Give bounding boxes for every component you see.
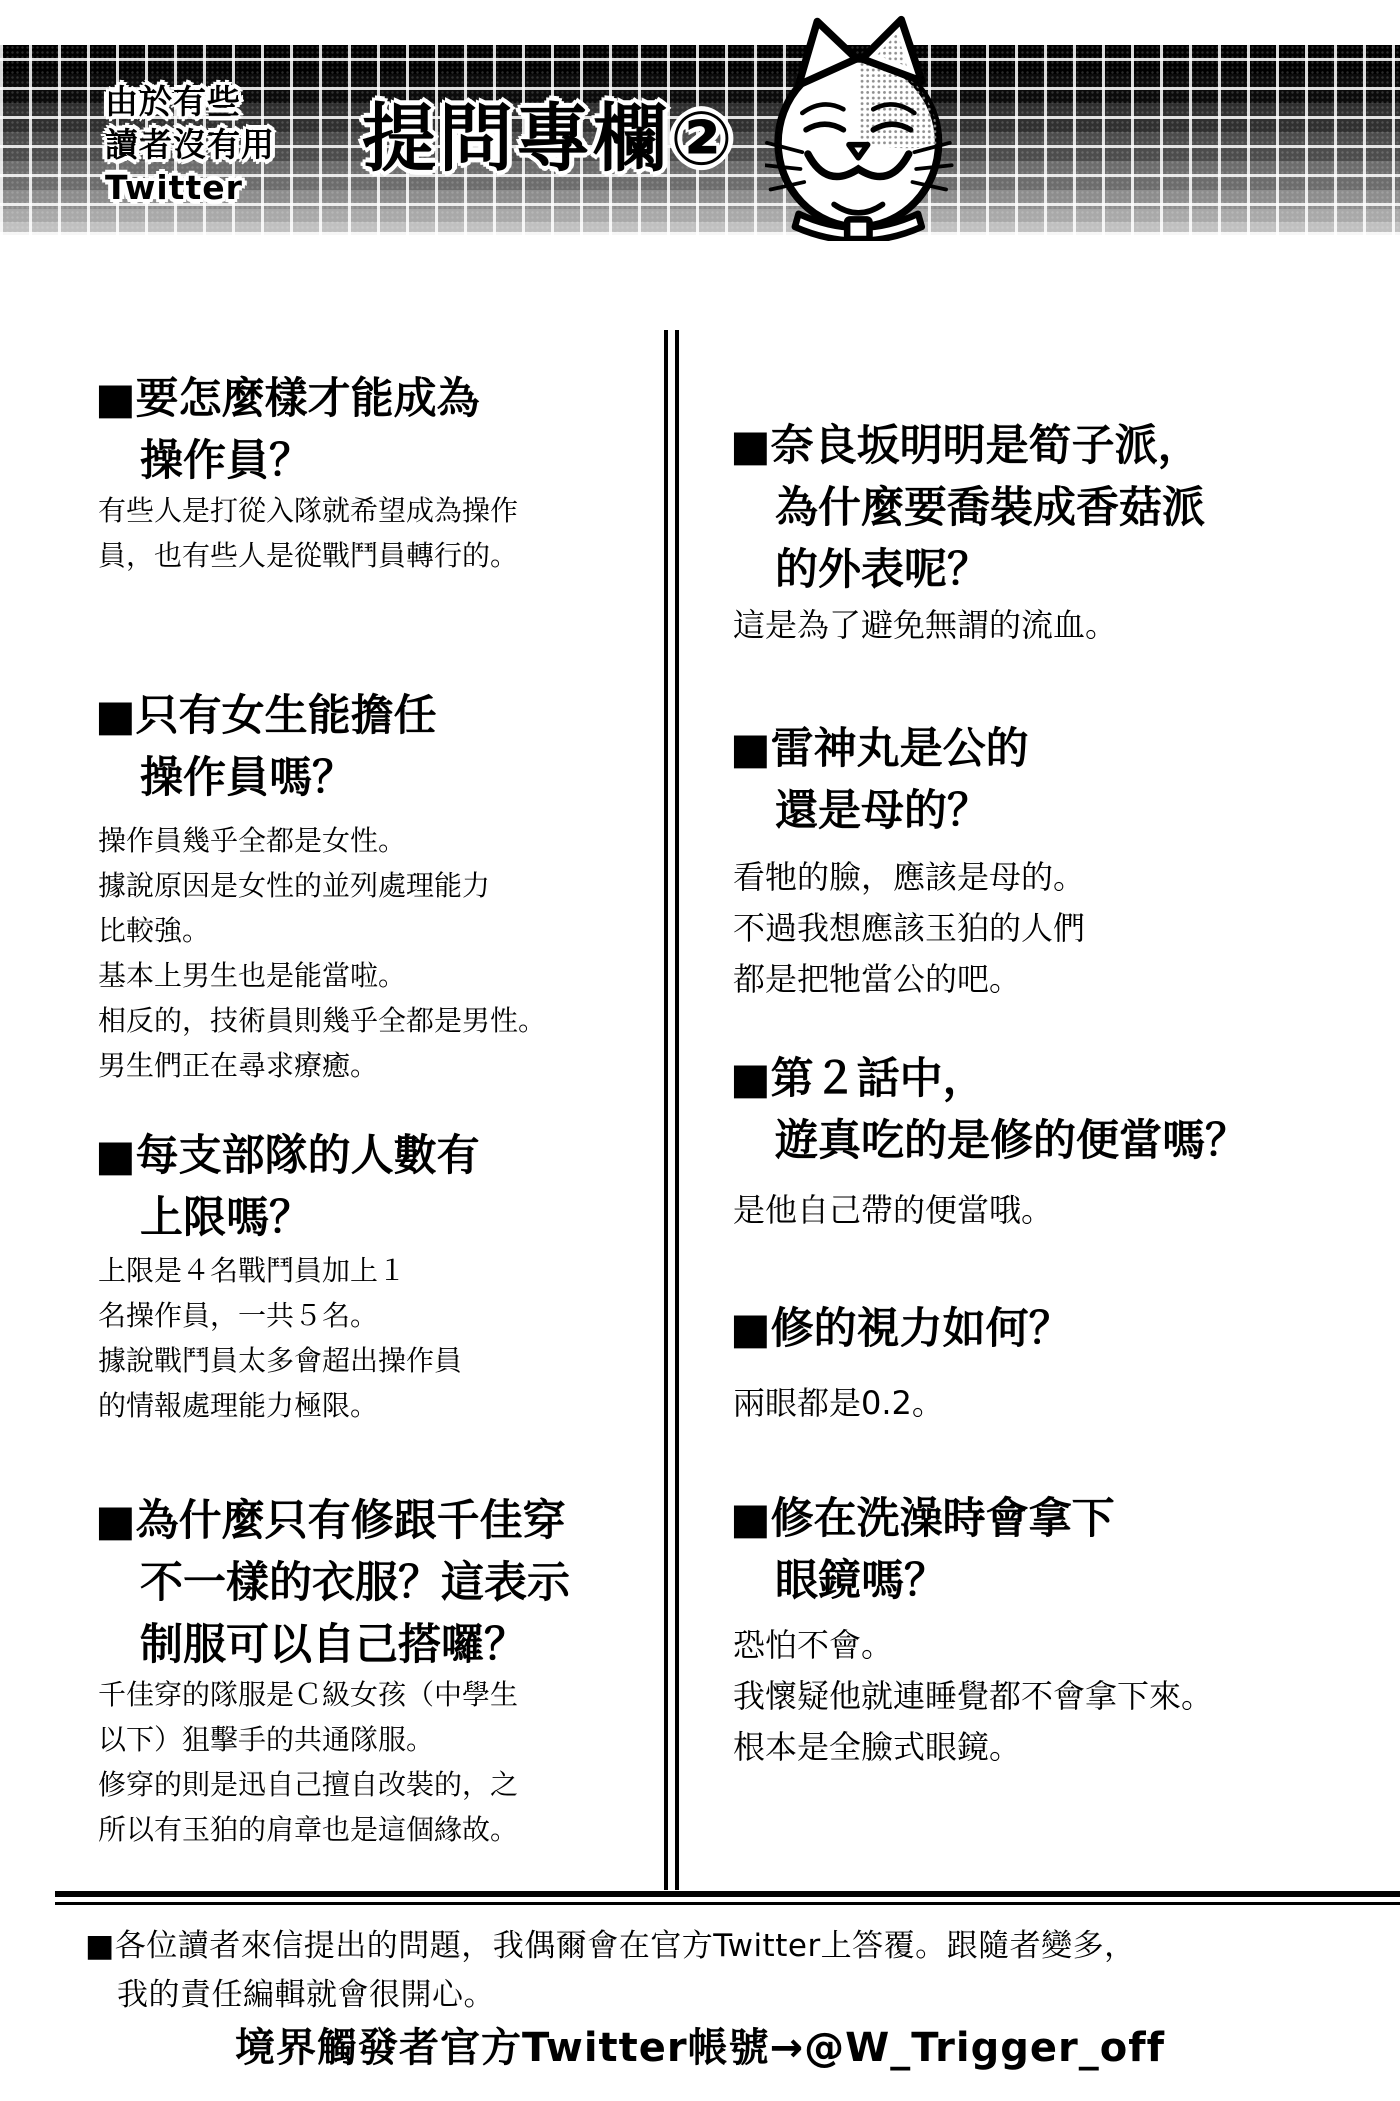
answer-line: 以下）狙擊手的共通隊服。 xyxy=(98,1717,518,1762)
answer-line: 這是為了避免無謂的流血。 xyxy=(733,600,1117,651)
answer-text: 兩眼都是0.2。 xyxy=(733,1378,944,1429)
question-heading: ■每支部隊的人數有上限嗎？ xyxy=(95,1125,480,1249)
answer-line: 比較強。 xyxy=(98,908,546,953)
header-note-line: 讀者沒有用 xyxy=(105,123,275,166)
answer-text: 看牠的臉，應該是母的。不過我想應該玉狛的人們都是把牠當公的吧。 xyxy=(733,852,1085,1005)
manga-page: 由於有些讀者沒有用Twitter 提問專欄② ■要怎麼樣才能成為操作員？ 有些人… xyxy=(0,0,1400,2101)
answer-line: 的情報處理能力極限。 xyxy=(98,1383,462,1428)
answer-line: 千佳穿的隊服是Ｃ級女孩（中學生 xyxy=(98,1672,518,1717)
question-line: ■只有女生能擔任 xyxy=(95,685,437,747)
answer-text: 千佳穿的隊服是Ｃ級女孩（中學生以下）狙擊手的共通隊服。修穿的則是迅自己擅自改裝的… xyxy=(98,1672,518,1852)
answer-line: 基本上男生也是能當啦。 xyxy=(98,953,546,998)
answer-text: 這是為了避免無謂的流血。 xyxy=(733,600,1117,651)
answer-line: 我懷疑他就連睡覺都不會拿下來。 xyxy=(733,1671,1213,1722)
footer-note-line: 我的責任編輯就會很開心。 xyxy=(117,1971,1136,2020)
header-note-line: 由於有些 xyxy=(105,80,275,123)
answer-line: 操作員幾乎全都是女性。 xyxy=(98,818,546,863)
question-heading: ■只有女生能擔任操作員嗎？ xyxy=(95,685,437,809)
answer-line: 兩眼都是0.2。 xyxy=(733,1378,944,1429)
question-line: ■雷神丸是公的 xyxy=(730,718,1029,780)
twitter-handle-line: 境界觸發者官方Twitter帳號→@W_Trigger_off xyxy=(0,2016,1400,2073)
question-line: ■為什麼只有修跟千佳穿 xyxy=(95,1490,570,1552)
answer-line: 是他自己帶的便當哦。 xyxy=(733,1185,1053,1236)
answer-text: 有些人是打從入隊就希望成為操作員，也有些人是從戰鬥員轉行的。 xyxy=(98,488,518,578)
header-note: 由於有些讀者沒有用Twitter xyxy=(105,80,275,209)
answer-text: 恐怕不會。我懷疑他就連睡覺都不會拿下來。根本是全臉式眼鏡。 xyxy=(733,1620,1213,1773)
question-line: 上限嗎？ xyxy=(140,1187,480,1249)
page-title: 提問專欄② xyxy=(362,94,736,184)
answer-line: 名操作員，一共５名。 xyxy=(98,1293,462,1338)
answer-line: 有些人是打從入隊就希望成為操作 xyxy=(98,488,518,533)
answer-text: 上限是４名戰鬥員加上１名操作員，一共５名。據說戰鬥員太多會超出操作員的情報處理能… xyxy=(98,1248,462,1428)
question-heading: ■第２話中，遊真吃的是修的便當嗎？ xyxy=(730,1048,1248,1172)
question-heading: ■修的視力如何？ xyxy=(730,1298,1072,1360)
column-divider xyxy=(664,330,679,1890)
question-line: ■修的視力如何？ xyxy=(730,1298,1072,1360)
answer-line: 不過我想應該玉狛的人們 xyxy=(733,903,1085,954)
footer-note: ■各位讀者來信提出的問題，我偶爾會在官方Twitter上答覆。跟隨者變多，我的責… xyxy=(85,1922,1136,2020)
answer-line: 相反的，技術員則幾乎全都是男性。 xyxy=(98,998,546,1043)
question-line: ■修在洗澡時會拿下 xyxy=(730,1488,1115,1550)
answer-line: 根本是全臉式眼鏡。 xyxy=(733,1722,1213,1773)
answer-line: 修穿的則是迅自己擅自改裝的，之 xyxy=(98,1762,518,1807)
question-heading: ■雷神丸是公的還是母的？ xyxy=(730,718,1029,842)
question-line: 還是母的？ xyxy=(775,780,1029,842)
answer-line: 男生們正在尋求療癒。 xyxy=(98,1043,546,1088)
question-line: ■奈良坂明明是筍子派， xyxy=(730,415,1205,477)
question-line: ■要怎麼樣才能成為 xyxy=(95,368,480,430)
question-heading: ■修在洗澡時會拿下眼鏡嗎？ xyxy=(730,1488,1115,1612)
question-heading: ■奈良坂明明是筍子派，為什麼要喬裝成香菇派的外表呢？ xyxy=(730,415,1205,601)
footer-note-line: ■各位讀者來信提出的問題，我偶爾會在官方Twitter上答覆。跟隨者變多， xyxy=(85,1922,1136,1971)
footer-rule xyxy=(55,1891,1400,1905)
question-line: ■每支部隊的人數有 xyxy=(95,1125,480,1187)
question-line: 操作員？ xyxy=(140,430,480,492)
question-heading: ■要怎麼樣才能成為操作員？ xyxy=(95,368,480,492)
question-line: 操作員嗎？ xyxy=(140,747,437,809)
question-line: 眼鏡嗎？ xyxy=(775,1550,1115,1612)
question-line: 遊真吃的是修的便當嗎？ xyxy=(775,1110,1248,1172)
question-line: ■第２話中， xyxy=(730,1048,1248,1110)
answer-line: 都是把牠當公的吧。 xyxy=(733,954,1085,1005)
answer-line: 員，也有些人是從戰鬥員轉行的。 xyxy=(98,533,518,578)
answer-text: 操作員幾乎全都是女性。據說原因是女性的並列處理能力比較強。基本上男生也是能當啦。… xyxy=(98,818,546,1088)
question-line: 制服可以自己搭囉？ xyxy=(140,1614,570,1676)
answer-line: 看牠的臉，應該是母的。 xyxy=(733,852,1085,903)
question-line: 的外表呢？ xyxy=(775,539,1205,601)
cat-mascot-icon xyxy=(765,12,961,241)
question-line: 為什麼要喬裝成香菇派 xyxy=(775,477,1205,539)
question-line: 不一樣的衣服？這表示 xyxy=(140,1552,570,1614)
header-note-line: Twitter xyxy=(105,166,275,209)
question-heading: ■為什麼只有修跟千佳穿不一樣的衣服？這表示制服可以自己搭囉？ xyxy=(95,1490,570,1676)
answer-line: 上限是４名戰鬥員加上１ xyxy=(98,1248,462,1293)
answer-line: 所以有玉狛的肩章也是這個緣故。 xyxy=(98,1807,518,1852)
answer-line: 據說原因是女性的並列處理能力 xyxy=(98,863,546,908)
answer-text: 是他自己帶的便當哦。 xyxy=(733,1185,1053,1236)
answer-line: 據說戰鬥員太多會超出操作員 xyxy=(98,1338,462,1383)
answer-line: 恐怕不會。 xyxy=(733,1620,1213,1671)
